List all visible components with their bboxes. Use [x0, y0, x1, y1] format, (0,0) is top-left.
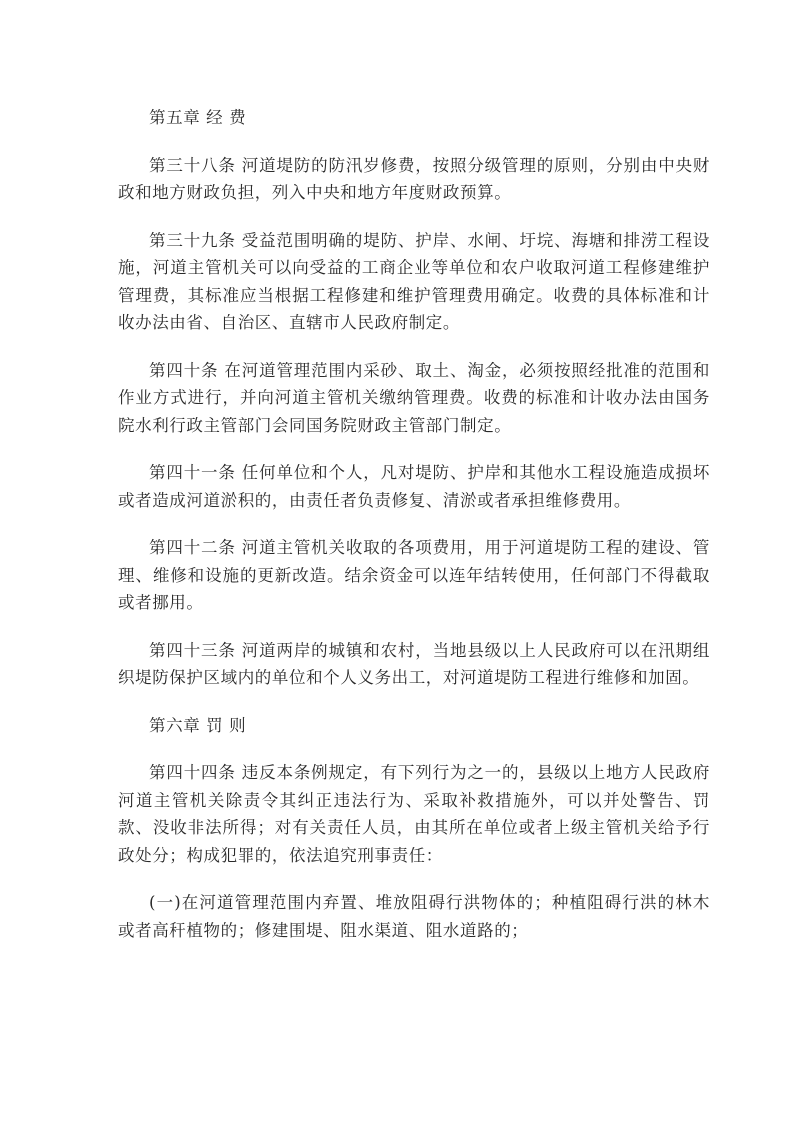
article-38: 第三十八条河道堤防的防汛岁修费，按照分级管理的原则，分别由中央财政和地方财政负担… [118, 152, 710, 207]
article-number: 第四十一条 [149, 463, 236, 482]
article-40: 第四十条在河道管理范围内采砂、取土、淘金，必须按照经批准的范围和作业方式进行，并… [118, 357, 710, 440]
article-number: 第三十八条 [149, 156, 236, 175]
clause-1: (一)在河道管理范围内弃置、堆放阻碍行洪物体的；种植阻碍行洪的林木或者高秆植物的… [118, 889, 710, 944]
document-page: 第五章 经 费 第三十八条河道堤防的防汛岁修费，按照分级管理的原则，分别由中央财… [118, 104, 710, 964]
article-number: 第三十九条 [149, 231, 236, 250]
article-44: 第四十四条违反本条例规定，有下列行为之一的，县级以上地方人民政府河道主管机关除责… [118, 759, 710, 869]
chapter-heading-6: 第六章 罚 则 [118, 712, 710, 740]
article-number: 第四十四条 [149, 763, 236, 782]
article-number: 第四十二条 [149, 538, 236, 557]
article-43: 第四十三条河道两岸的城镇和农村，当地县级以上人民政府可以在汛期组织堤防保护区域内… [118, 637, 710, 692]
article-41: 第四十一条任何单位和个人，凡对堤防、护岸和其他水工程设施造成损坏或者造成河道淤积… [118, 459, 710, 514]
article-number: 第四十三条 [149, 641, 236, 660]
clause-text: 在河道管理范围内弃置、堆放阻碍行洪物体的；种植阻碍行洪的林木或者高秆植物的；修建… [118, 893, 710, 940]
clause-number: (一) [149, 893, 181, 912]
article-39: 第三十九条受益范围明确的堤防、护岸、水闸、圩垸、海塘和排涝工程设施，河道主管机关… [118, 227, 710, 337]
article-42: 第四十二条河道主管机关收取的各项费用，用于河道堤防工程的建设、管理、维修和设施的… [118, 534, 710, 617]
article-number: 第四十条 [149, 361, 218, 380]
chapter-heading-5: 第五章 经 费 [118, 104, 710, 132]
